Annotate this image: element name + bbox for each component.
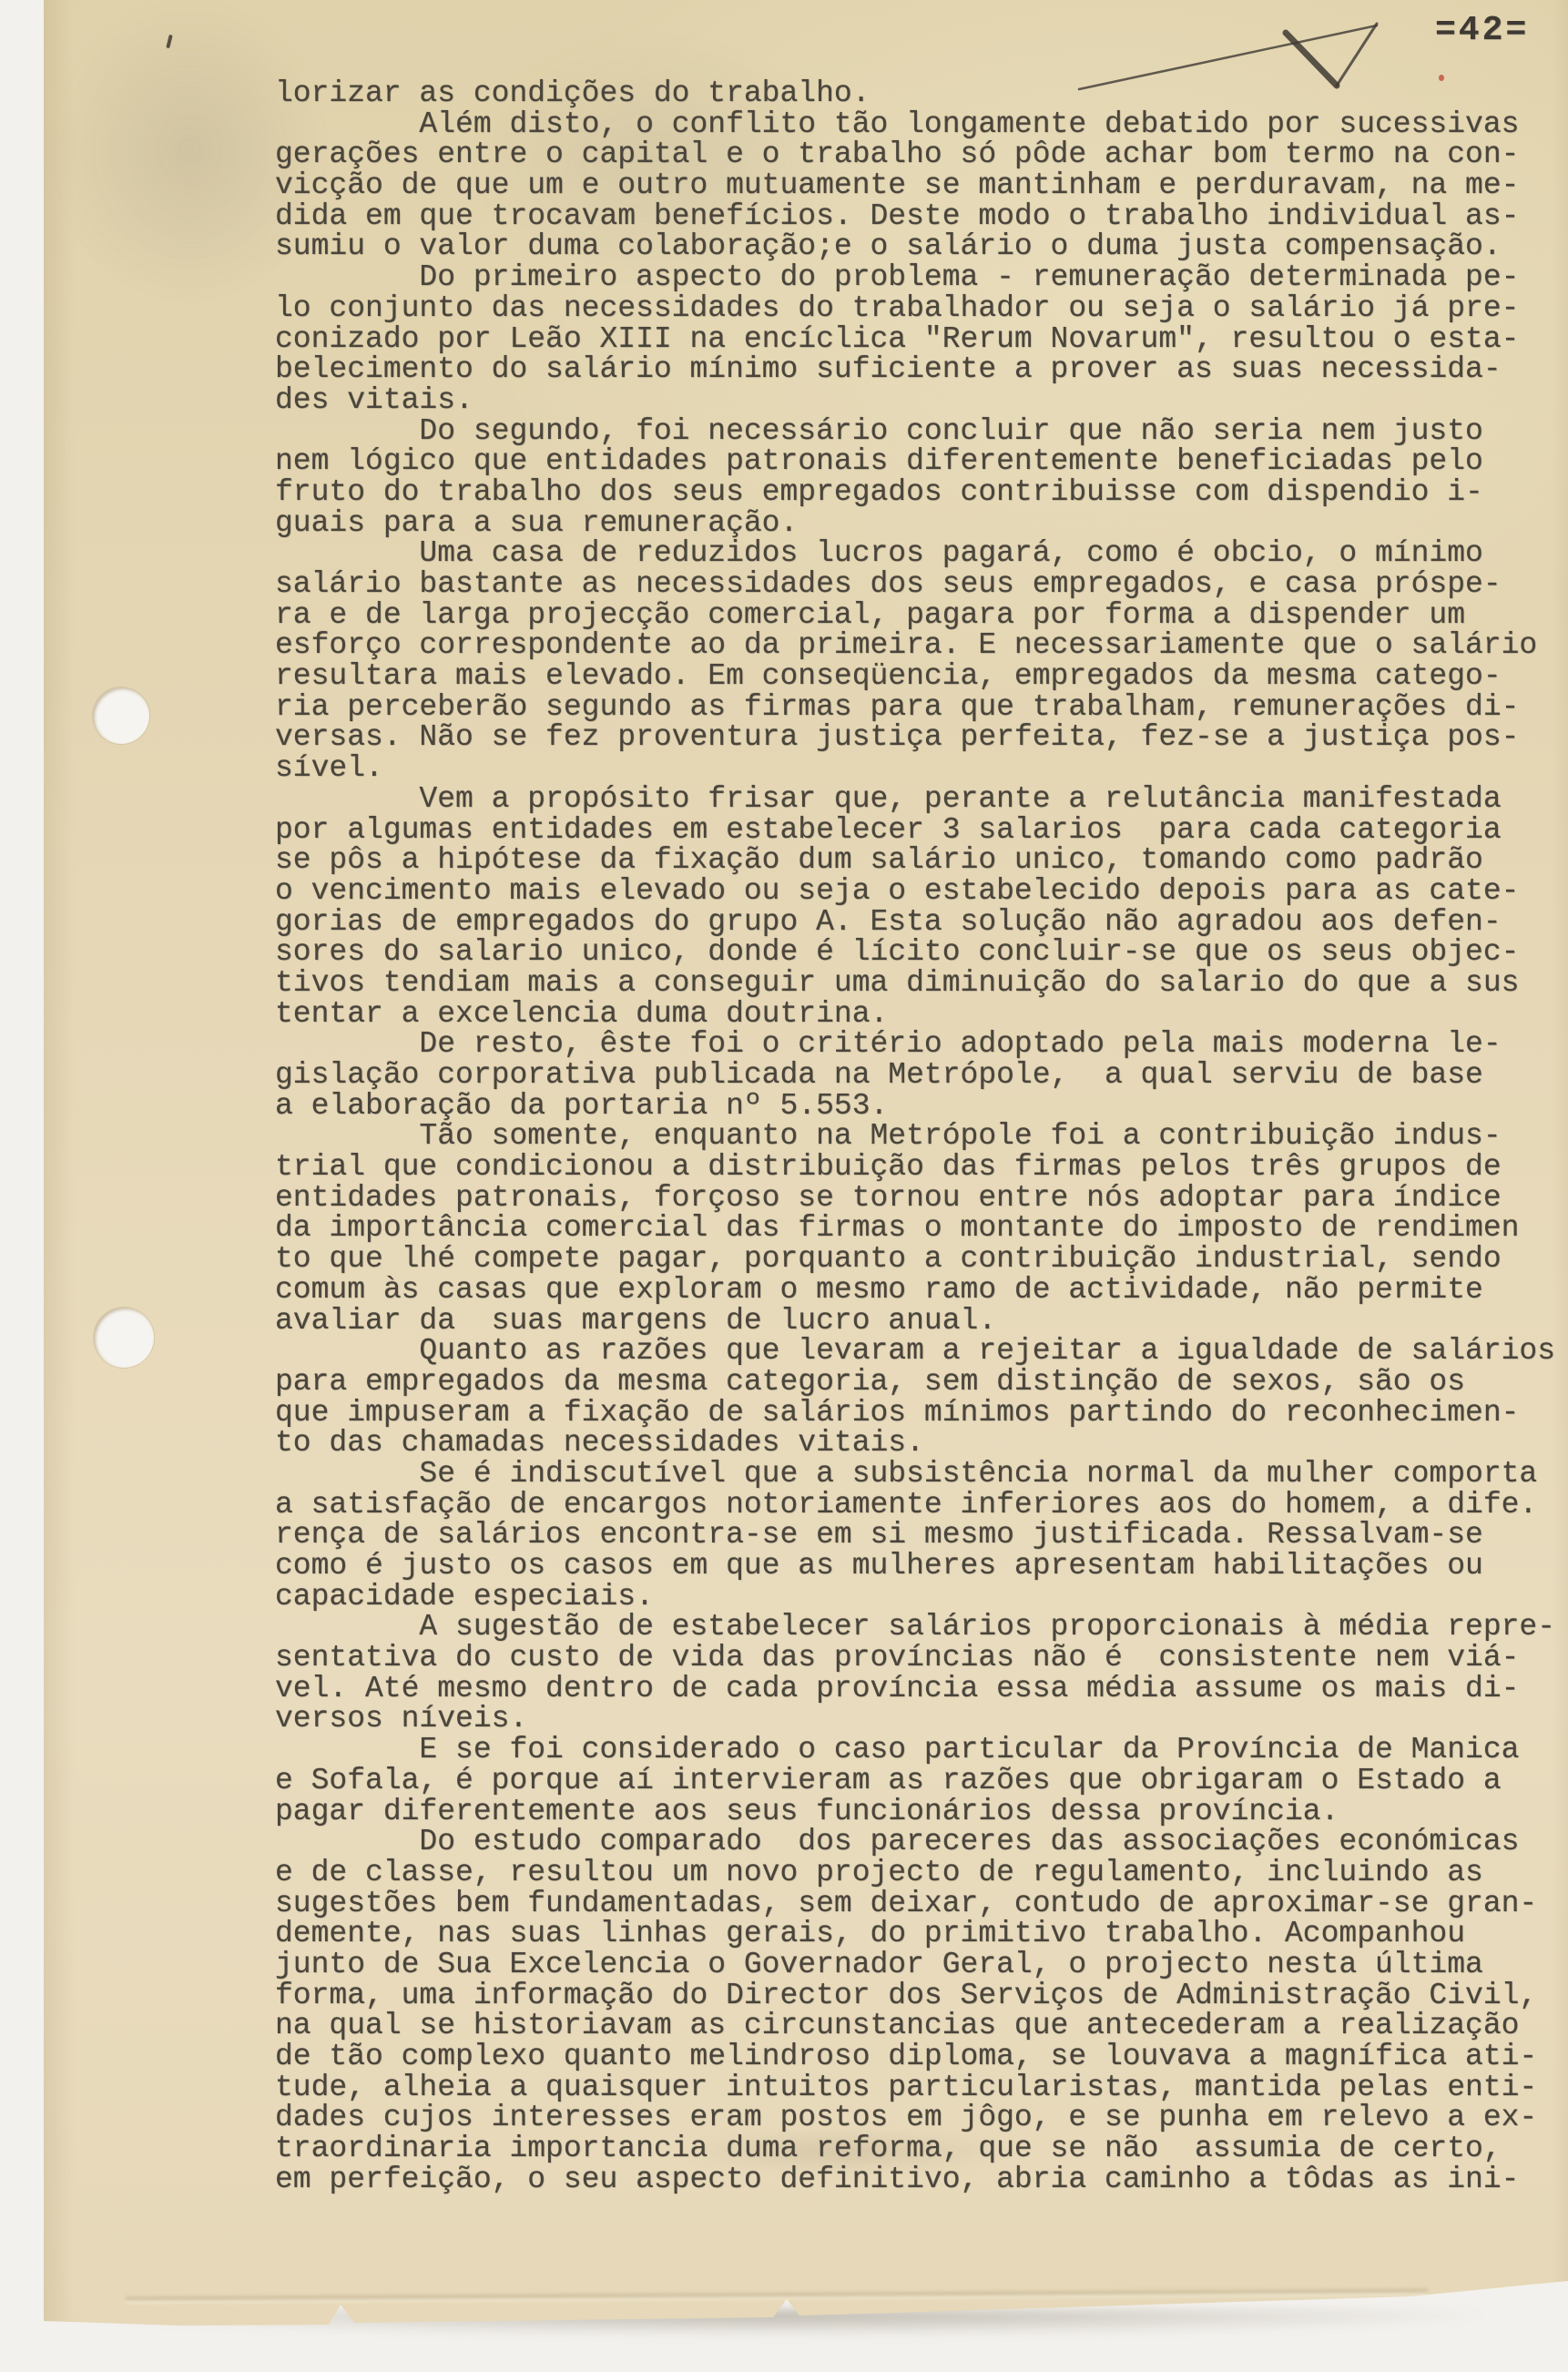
text-line: E se foi considerado o caso particular d… [275, 1735, 1568, 1766]
text-line: Do estudo comparado dos pareceres das as… [275, 1827, 1568, 1858]
scanned-document-page: =42= lorizar as condições do trabalho. A… [0, 0, 1568, 2372]
text-line: versos níveis. [275, 1704, 1568, 1735]
text-line: Se é indiscutível que a subsistência nor… [275, 1459, 1568, 1490]
text-line: comum às casas que exploram o mesmo ramo… [275, 1275, 1568, 1306]
text-line: para empregados da mesma categoria, sem … [275, 1367, 1568, 1398]
text-line: gorias de empregados do grupo A. Esta so… [275, 907, 1568, 938]
text-line: belecimento do salário mínimo suficiente… [275, 354, 1568, 385]
text-line: lo conjunto das necessidades do trabalha… [275, 293, 1568, 324]
text-line: De resto, êste foi o critério adoptado p… [275, 1029, 1568, 1060]
typed-text: lorizar as condições do trabalho. Além d… [275, 78, 1568, 2194]
text-line: fruto do trabalho dos seus empregados co… [275, 477, 1568, 508]
text-line: em perfeição, o seu aspecto definitivo, … [275, 2164, 1568, 2195]
text-line: Tão somente, enquanto na Metrópole foi a… [275, 1121, 1568, 1152]
text-line: nem lógico que entidades patronais difer… [275, 446, 1568, 477]
punch-hole-bottom [94, 1308, 154, 1368]
text-line: sugestões bem fundamentadas, sem deixar,… [275, 1888, 1568, 1919]
text-line: forma, uma informação do Director dos Se… [275, 1980, 1568, 2011]
crease-line [126, 2287, 1428, 2306]
text-line: ra e de larga projecção comercial, pagar… [275, 600, 1568, 631]
text-line: como é justo os casos em que as mulheres… [275, 1551, 1568, 1582]
text-line: e de classe, resultou um novo projecto d… [275, 1858, 1568, 1888]
text-line: Do segundo, foi necessário concluir que … [275, 416, 1568, 447]
text-line: por algumas entidades em estabelecer 3 s… [275, 815, 1568, 846]
text-line: rença de salários encontra-se em si mesm… [275, 1520, 1568, 1551]
text-line: des vitais. [275, 385, 1568, 416]
text-line: gislação corporativa publicada na Metróp… [275, 1060, 1568, 1091]
text-line: Quanto as razões que levaram a rejeitar … [275, 1336, 1568, 1367]
text-line: lorizar as condições do trabalho. [275, 78, 1568, 109]
text-line: entidades patronais, forçoso se tornou e… [275, 1183, 1568, 1214]
text-line: to que lhé compete pagar, porquanto a co… [275, 1244, 1568, 1275]
punch-hole-top [93, 687, 149, 744]
text-line: to das chamadas necessidades vitais. [275, 1428, 1568, 1459]
text-line: que impuseram a fixação de salários míni… [275, 1398, 1568, 1429]
text-line: dades cujos interesses eram postos em jô… [275, 2102, 1568, 2133]
text-line: dida em que trocavam benefícios. Deste m… [275, 201, 1568, 232]
text-line: conizado por Leão XIII na encíclica "Rer… [275, 324, 1568, 355]
page-number: =42= [1435, 11, 1529, 50]
text-line: se pôs a hipótese da fixação dum salário… [275, 845, 1568, 876]
text-line: salário bastante as necessidades dos seu… [275, 569, 1568, 600]
text-line: junto de Sua Excelencia o Governador Ger… [275, 1950, 1568, 1980]
text-line: tude, alheia a quaisquer intuitos partic… [275, 2072, 1568, 2103]
text-line: sores do salario unico, donde é lícito c… [275, 937, 1568, 968]
text-line: Do primeiro aspecto do problema - remune… [275, 262, 1568, 293]
text-line: capacidade especiais. [275, 1582, 1568, 1613]
text-line: o vencimento mais elevado ou seja o esta… [275, 876, 1568, 907]
text-line: e Sofala, é porque aí intervieram as raz… [275, 1766, 1568, 1797]
text-line: Uma casa de reduzidos lucros pagará, com… [275, 538, 1568, 569]
text-line: trial que condicionou a distribuição das… [275, 1152, 1568, 1183]
text-line: a elaboração da portaria nº 5.553. [275, 1091, 1568, 1122]
text-line: resultara mais elevado. Em conseqüencia,… [275, 661, 1568, 692]
text-line: a satisfação de encargos notoriamente in… [275, 1490, 1568, 1521]
text-line: vicção de que um e outro mutuamente se m… [275, 170, 1568, 201]
text-line: tivos tendiam mais a conseguir uma dimin… [275, 968, 1568, 999]
text-line: versas. Não se fez proventura justiça pe… [275, 722, 1568, 753]
text-line: A sugestão de estabelecer salários propo… [275, 1612, 1568, 1643]
text-line: da importância comercial das firmas o mo… [275, 1213, 1568, 1244]
text-line: sível. [275, 753, 1568, 784]
text-line: na qual se historiavam as circunstancias… [275, 2011, 1568, 2041]
text-line: guais para a sua remuneração. [275, 508, 1568, 539]
text-line: traordinaria importancia duma reforma, q… [275, 2133, 1568, 2164]
text-line: avaliar da suas margens de lucro anual. [275, 1306, 1568, 1337]
text-line: Além disto, o conflito tão longamente de… [275, 109, 1568, 140]
text-line: vel. Até mesmo dentro de cada província … [275, 1674, 1568, 1705]
text-line: de tão complexo quanto melindroso diplom… [275, 2041, 1568, 2072]
text-line: sumiu o valor duma colaboração;e o salár… [275, 231, 1568, 262]
text-line: Vem a propósito frisar que, perante a re… [275, 784, 1568, 815]
text-line: gerações entre o capital e o trabalho só… [275, 139, 1568, 170]
text-line: esforço correspondente ao da primeira. E… [275, 630, 1568, 661]
text-line: sentativa do custo de vida das província… [275, 1643, 1568, 1674]
text-line: pagar diferentemente aos seus funcionári… [275, 1797, 1568, 1827]
text-line: demente, nas suas linhas gerais, do prim… [275, 1919, 1568, 1950]
text-line: ria perceberão segundo as firmas para qu… [275, 692, 1568, 723]
text-line: tentar a excelencia duma doutrina. [275, 999, 1568, 1030]
